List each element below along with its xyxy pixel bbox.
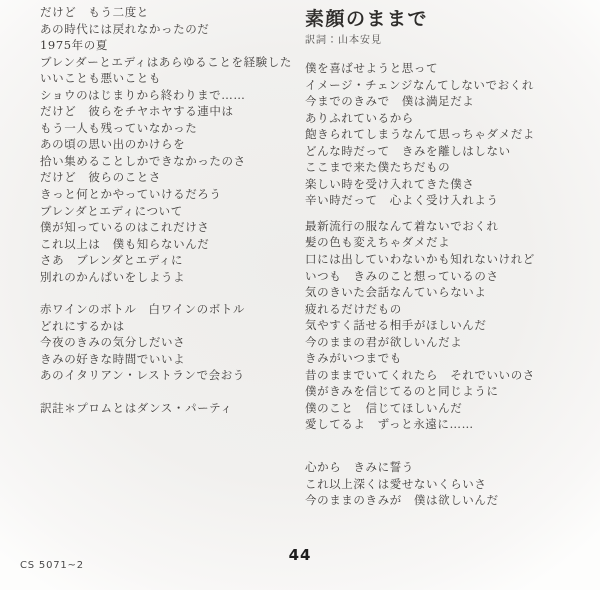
lyric-line: あのイタリアン・レストランで会おう <box>40 367 305 384</box>
lyric-line: 辛い時だって 心よく受け入れよう <box>305 192 595 209</box>
lyric-line: さあ ブレンダとエディに <box>40 252 305 269</box>
lyric-line: だけど 彼らをチヤホヤする連中は <box>40 103 305 120</box>
lyric-line: 楽しい時を受け入れてきた僕さ <box>305 176 595 193</box>
song-title: 素顔のままで <box>305 6 595 32</box>
lyric-line: 今までのきみで 僕は満足だよ <box>305 93 595 110</box>
lyric-line: 僕を喜ばせようと思って <box>305 60 595 77</box>
translator-note: 訳註＊プロムとはダンス・パーティ <box>40 400 305 417</box>
lyric-line: だけど もう二度と <box>40 4 305 21</box>
lyrics-stanza: 赤ワインのボトル 白ワインのボトルどれにするかは今夜のきみの気分しだいさきみの好… <box>40 301 305 384</box>
lyrics-stanza: 最新流行の服なんて着ないでおくれ髪の色も変えちゃダメだよ口には出していわないかも… <box>305 218 595 433</box>
page-number: 44 <box>0 546 600 564</box>
lyric-line: 気やすく話せる相手がほしいんだ <box>305 317 595 334</box>
lyric-line: 僕がきみを信じてるのと同じように <box>305 383 595 400</box>
lyric-line: 今のままのきみが 僕は欲しいんだ <box>305 492 595 509</box>
lyric-line: 赤ワインのボトル 白ワインのボトル <box>40 301 305 318</box>
lyric-line: 1975年の夏 <box>40 37 305 54</box>
lyric-line: 訳註＊プロムとはダンス・パーティ <box>40 400 305 417</box>
lyrics-stanza: だけど もう二度とあの時代には戻れなかったのだ1975年の夏ブレンダーとエディは… <box>40 4 305 285</box>
lyric-line: 気のきいた会話なんていらないよ <box>305 284 595 301</box>
lyric-line: きみの好きな時間でいいよ <box>40 351 305 368</box>
lyric-line: ブレンダとエディについて <box>40 203 305 220</box>
lyrics-stanza: 僕を喜ばせようと思ってイメージ・チェンジなんてしないでおくれ今までのきみで 僕は… <box>305 60 595 209</box>
lyric-line: どれにするかは <box>40 318 305 335</box>
lyric-line: これ以上は 僕も知らないんだ <box>40 236 305 253</box>
lyric-line: もう一人も残っていなかった <box>40 120 305 137</box>
lyric-line: ここまで来た僕たちだもの <box>305 159 595 176</box>
lyric-line: あの頃の思い出のかけらを <box>40 136 305 153</box>
lyric-line: きっと何とかやっていけるだろう <box>40 186 305 203</box>
lyric-line: 疲れるだけだもの <box>305 301 595 318</box>
lyric-line: 愛してるよ ずっと永遠に…… <box>305 416 595 433</box>
lyric-line: イメージ・チェンジなんてしないでおくれ <box>305 77 595 94</box>
lyric-line: ブレンダーとエディはあらゆることを経験した <box>40 54 305 71</box>
lyric-line: 今夜のきみの気分しだいさ <box>40 334 305 351</box>
lyrics-booklet-page: だけど もう二度とあの時代には戻れなかったのだ1975年の夏ブレンダーとエディは… <box>0 0 600 590</box>
lyric-line: 口には出していわないかも知れないけれど <box>305 251 595 268</box>
lyric-line: 心から きみに誓う <box>305 459 595 476</box>
lyric-line: 髪の色も変えちゃダメだよ <box>305 234 595 251</box>
lyric-line: ショウのはじまりから終わりまで…… <box>40 87 305 104</box>
lyrics-stanza: 心から きみに誓うこれ以上深くは愛せないくらいさ今のままのきみが 僕は欲しいんだ <box>305 459 595 509</box>
lyric-line: 今のままの君が欲しいんだよ <box>305 334 595 351</box>
lyric-line: いいことも悪いことも <box>40 70 305 87</box>
lyric-line: いつも きみのこと想っているのさ <box>305 268 595 285</box>
left-lyrics-column: だけど もう二度とあの時代には戻れなかったのだ1975年の夏ブレンダーとエディは… <box>40 4 305 417</box>
lyric-line: きみがいつまでも <box>305 350 595 367</box>
lyric-line: 最新流行の服なんて着ないでおくれ <box>305 218 595 235</box>
lyric-line: 僕が知っているのはこれだけさ <box>40 219 305 236</box>
lyric-line: だけど 彼らのことさ <box>40 169 305 186</box>
lyric-line: 別れのかんぱいをしようよ <box>40 269 305 286</box>
lyric-line: どんな時だって きみを離しはしない <box>305 143 595 160</box>
lyric-line: 昔のままでいてくれたら それでいいのさ <box>305 367 595 384</box>
lyric-line: ありふれているから <box>305 110 595 127</box>
lyric-line: 飽きられてしまうなんて思っちゃダメだよ <box>305 126 595 143</box>
lyric-line: 僕のこと 信じてほしいんだ <box>305 400 595 417</box>
lyric-line: 拾い集めることしかできなかったのさ <box>40 153 305 170</box>
lyric-line: これ以上深くは愛せないくらいさ <box>305 476 595 493</box>
translator-credit: 訳詞：山本安見 <box>305 33 595 48</box>
lyric-line: あの時代には戻れなかったのだ <box>40 21 305 38</box>
right-lyrics-column: 素顔のままで 訳詞：山本安見 僕を喜ばせようと思ってイメージ・チェンジなんてしな… <box>305 6 595 509</box>
